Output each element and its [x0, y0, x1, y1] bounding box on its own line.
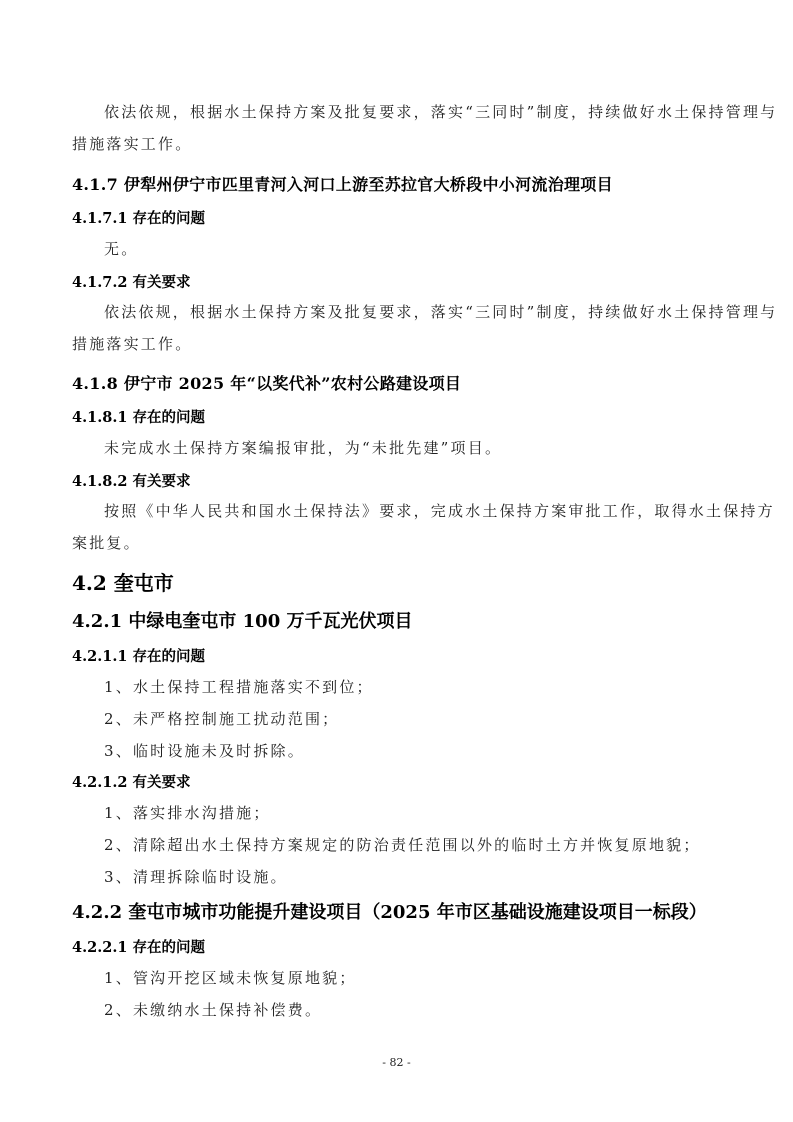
paragraph-text: 无。 — [104, 238, 754, 259]
list-item: 1、管沟开挖区域未恢复原地貌； — [104, 967, 754, 988]
paragraph-text: 依法依规，根据水土保持方案及批复要求，落实“三同时”制度，持续做好水土保持管理与 — [104, 101, 754, 122]
subsection-heading-4-1-7-2: 4.1.7.2 有关要求 — [72, 271, 722, 292]
section-heading-4-2-1: 4.2.1 中绿电奎屯市 100 万千瓦光伏项目 — [72, 607, 722, 633]
subsection-heading-4-2-1-2: 4.2.1.2 有关要求 — [72, 771, 722, 792]
subsection-heading-4-2-1-1: 4.2.1.1 存在的问题 — [72, 645, 722, 666]
paragraph-text: 依法依规，根据水土保持方案及批复要求，落实“三同时”制度，持续做好水土保持管理与 — [104, 301, 754, 322]
subsection-heading-4-1-8-2: 4.1.8.2 有关要求 — [72, 470, 722, 491]
paragraph-text: 按照《中华人民共和国水土保持法》要求，完成水土保持方案审批工作，取得水土保持方 — [104, 500, 754, 521]
list-item: 2、清除超出水土保持方案规定的防治责任范围以外的临时土方并恢复原地貌； — [104, 834, 754, 855]
section-heading-4-2: 4.2 奎屯市 — [72, 567, 722, 596]
paragraph-text: 案批复。 — [72, 532, 722, 553]
subsection-heading-4-1-7-1: 4.1.7.1 存在的问题 — [72, 207, 722, 228]
paragraph-text: 未完成水土保持方案编报审批，为“未批先建”项目。 — [104, 437, 754, 458]
subsection-heading-4-1-8-1: 4.1.8.1 存在的问题 — [72, 406, 722, 427]
list-item: 2、未缴纳水土保持补偿费。 — [104, 999, 754, 1020]
section-heading-4-1-8: 4.1.8 伊宁市 2025 年“以奖代补”农村公路建设项目 — [72, 371, 722, 394]
section-heading-4-2-2: 4.2.2 奎屯市城市功能提升建设项目（2025 年市区基础设施建设项目一标段） — [72, 898, 722, 924]
list-item: 2、未严格控制施工扰动范围； — [104, 708, 754, 729]
list-item: 3、清理拆除临时设施。 — [104, 866, 754, 887]
paragraph-text: 措施落实工作。 — [72, 333, 722, 354]
document-page: 依法依规，根据水土保持方案及批复要求，落实“三同时”制度，持续做好水土保持管理与… — [0, 0, 793, 1122]
section-heading-4-1-7: 4.1.7 伊犁州伊宁市匹里青河入河口上游至苏拉官大桥段中小河流治理项目 — [72, 172, 722, 195]
list-item: 1、水土保持工程措施落实不到位； — [104, 676, 754, 697]
paragraph-text: 措施落实工作。 — [72, 133, 722, 154]
list-item: 1、落实排水沟措施； — [104, 802, 754, 823]
list-item: 3、临时设施未及时拆除。 — [104, 740, 754, 761]
page-number: - 82 - — [0, 1056, 793, 1069]
subsection-heading-4-2-2-1: 4.2.2.1 存在的问题 — [72, 936, 722, 957]
